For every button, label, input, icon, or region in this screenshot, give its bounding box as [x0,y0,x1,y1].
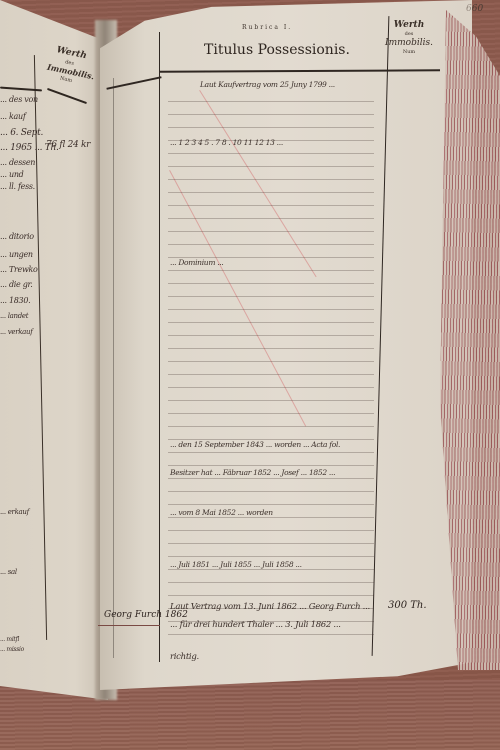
left-fragment: ... 1830. [0,296,30,305]
property-value-entry: 300 Th. [388,600,427,611]
title-column-left-rule [159,32,160,662]
entry-line: richtig. [170,652,199,662]
left-fragment: ... 6. Sept. [0,128,43,138]
left-fragment: ... verkauf [0,328,33,336]
left-fragment: ... Trewko [0,265,38,274]
entry-line: Laut Kaufvertrag vom 25 Juny 1799 ... [200,80,335,89]
left-fragment: ... erkauf [0,508,29,516]
page-number-value: 60 [472,4,483,14]
left-fragment: ... kauf [0,112,26,121]
left-fragment: ... sal [0,568,17,576]
header-werth: Werth [382,20,436,31]
left-fragment: ... ungen [0,250,33,259]
owner-name-underline [98,625,160,626]
left-value-entry: 76 fl 24 kr [46,140,90,150]
rubric-label: Rubrica I. [242,24,292,31]
left-ledger-page [0,0,108,700]
left-fragment: ... ditorio [0,232,34,241]
left-fragment: ... missio [0,646,24,653]
titulus-possessionis-title: Titulus Possessionis. [204,42,350,58]
page-number-prefix: 6 [466,4,472,14]
left-fragment: ... landet [0,312,28,320]
name-column-left-rule [113,78,114,658]
owner-name-entry: Georg Furch 1862 [104,610,188,620]
left-fragment: ... die gr. [0,280,32,289]
page-number: 660 [466,4,483,14]
handwriting-texture [168,92,374,642]
right-value-column-header: Werth des Immobilis. Num [382,20,436,55]
left-fragment: ... und [0,170,24,179]
left-fragment: ... ll. fess. [0,182,35,191]
left-fragment: ... des von [0,95,38,104]
left-fragment: ... mitfl [0,636,19,643]
header-immobilis: Immobilis. [382,38,436,49]
left-fragment: ... dessen [0,158,35,167]
header-num: Num [382,49,436,55]
